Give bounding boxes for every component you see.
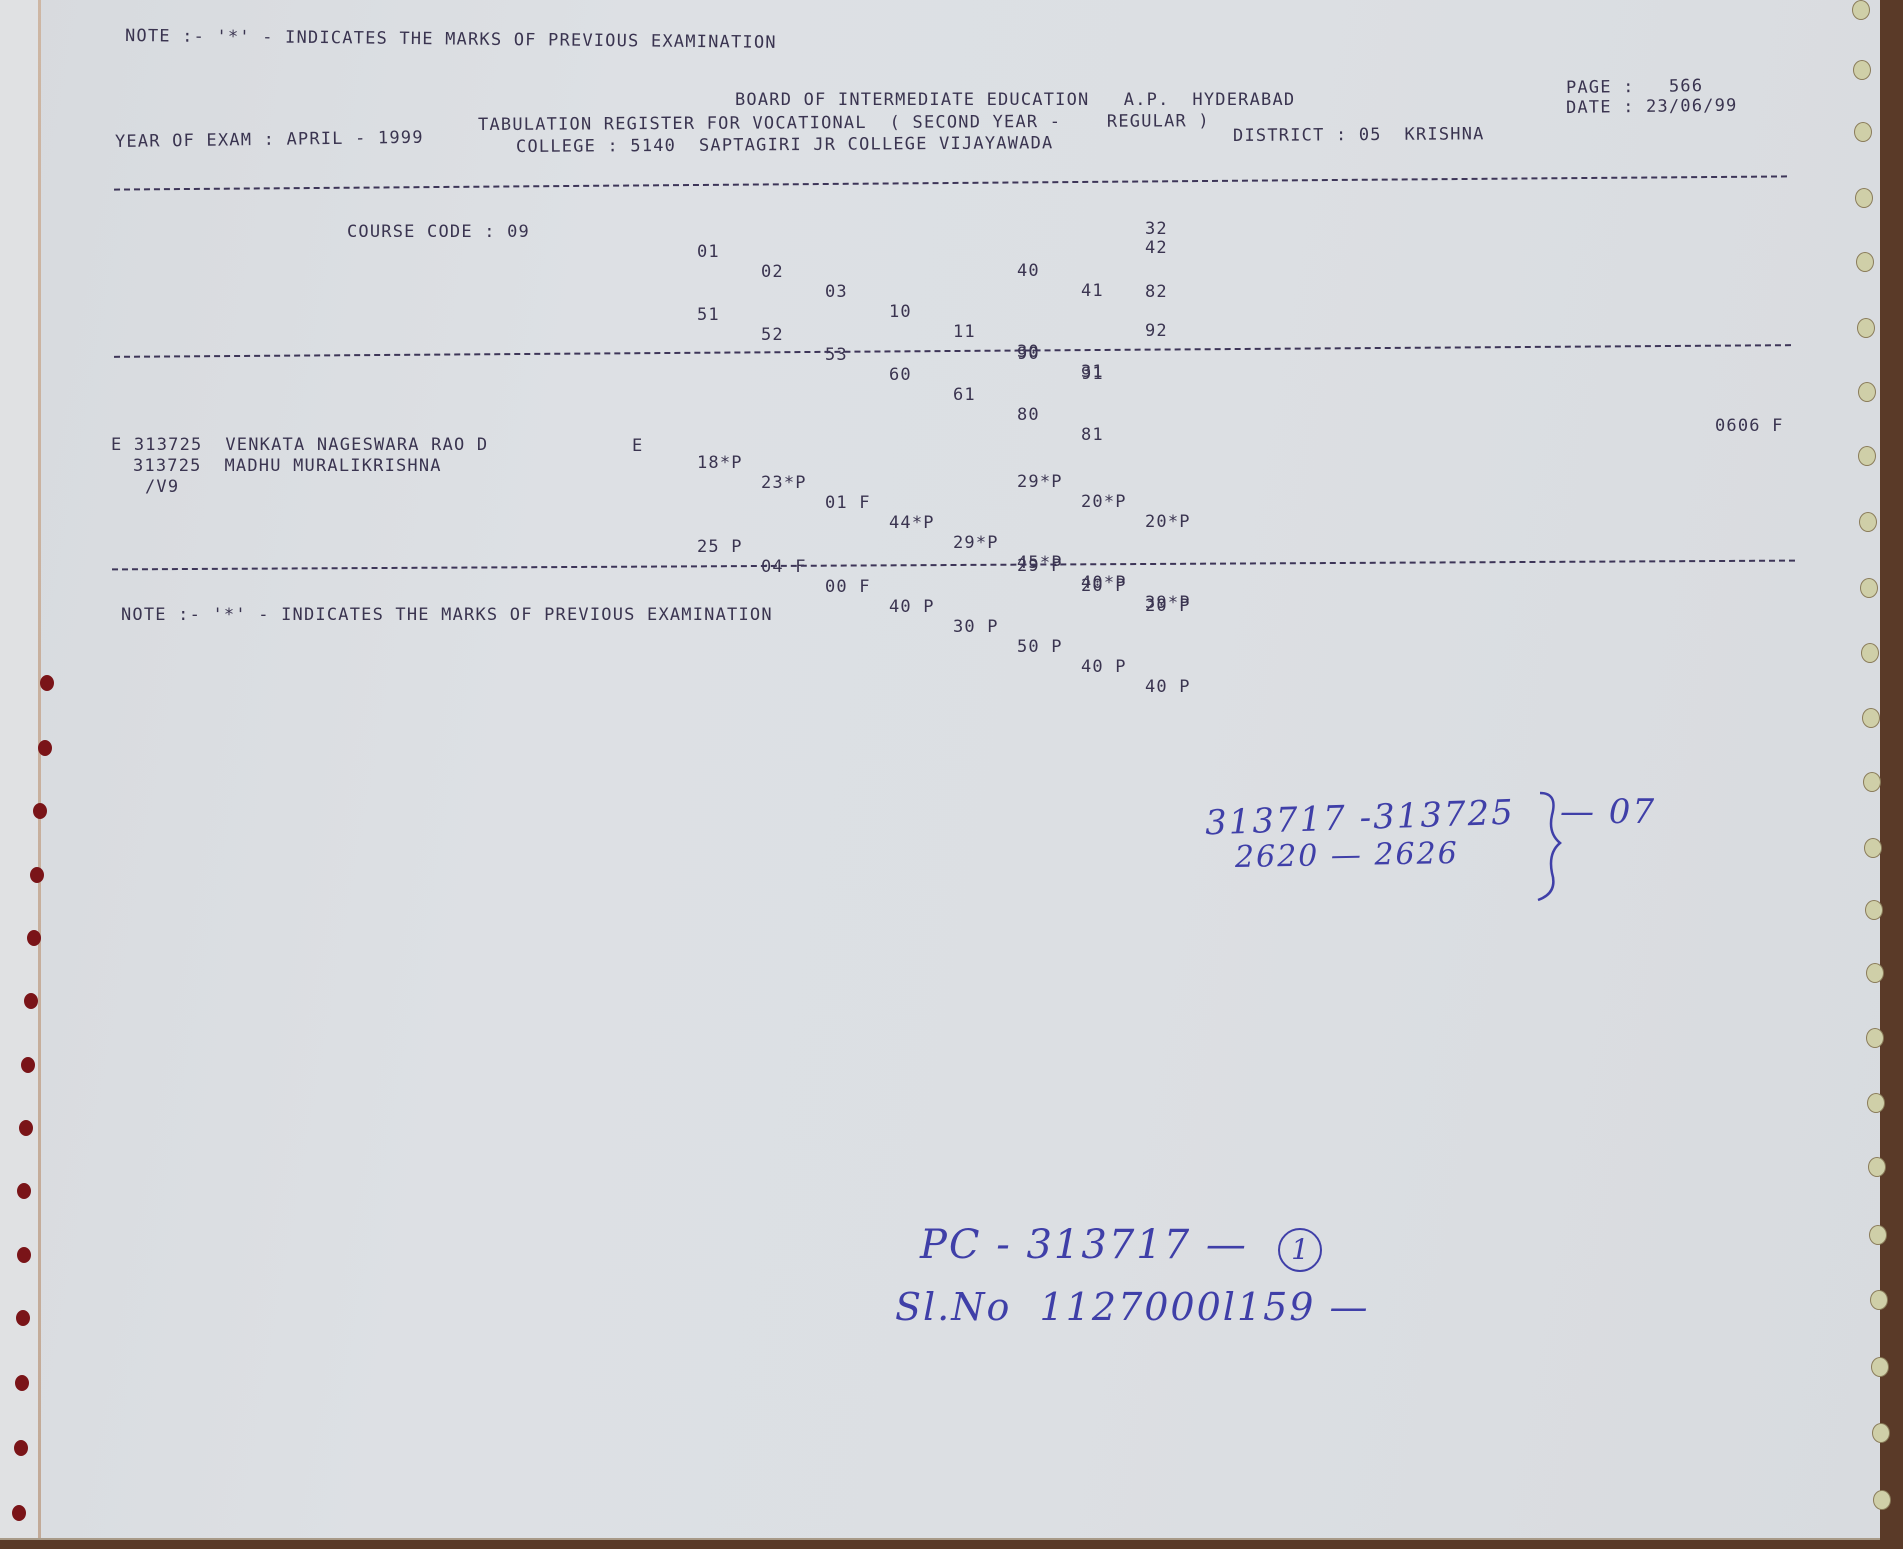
print-date: DATE : 23/06/99 bbox=[1566, 96, 1738, 118]
tabulation-register-page: NOTE :- '*' - INDICATES THE MARKS OF PRE… bbox=[0, 0, 1880, 1540]
student-medium: E bbox=[632, 436, 643, 456]
handwritten-circled-number: 1 bbox=[1278, 1228, 1322, 1272]
handwritten-slno: Sl.No 1127000l159 — bbox=[895, 1285, 1370, 1329]
year-of-exam: YEAR OF EXAM : APRIL - 1999 bbox=[115, 128, 424, 152]
course-code: COURSE CODE : 09 bbox=[347, 222, 530, 242]
divider-2 bbox=[114, 344, 1791, 358]
board-title: BOARD OF INTERMEDIATE EDUCATION A.P. HYD… bbox=[735, 90, 1295, 110]
page-number: PAGE : 566 bbox=[1566, 76, 1703, 98]
college-info: COLLEGE : 5140 SAPTAGIRI JR COLLEGE VIJA… bbox=[516, 133, 1054, 157]
handwritten-pc: PC - 313717 — bbox=[920, 1222, 1248, 1268]
divider-3 bbox=[112, 560, 1795, 571]
register-title: TABULATION REGISTER FOR VOCATIONAL ( SEC… bbox=[478, 111, 1210, 135]
student-parent-line: 313725 MADHU MURALIKRISHNA bbox=[133, 456, 442, 476]
marks-row2b: 29 P 20 P 20 P bbox=[0, 536, 69, 636]
note-bottom: NOTE :- '*' - INDICATES THE MARKS OF PRE… bbox=[121, 605, 773, 625]
handwritten-serial-range: 2620 — 2626 bbox=[1235, 836, 1459, 875]
student-group-code: /V9 bbox=[145, 477, 179, 497]
handwritten-roll-range: 313717 -313725 bbox=[1204, 793, 1515, 844]
subject-codes-row3: 90 91 92 bbox=[0, 324, 46, 424]
student-name-line: E 313725 VENKATA NAGESWARA RAO D bbox=[111, 435, 488, 455]
handwritten-count: — 07 bbox=[1560, 792, 1656, 832]
note-top: NOTE :- '*' - INDICATES THE MARKS OF PRE… bbox=[125, 26, 777, 53]
student-result: 0606 F bbox=[1715, 416, 1784, 436]
divider-1 bbox=[114, 175, 1787, 190]
district-info: DISTRICT : 05 KRISHNA bbox=[1233, 124, 1485, 146]
